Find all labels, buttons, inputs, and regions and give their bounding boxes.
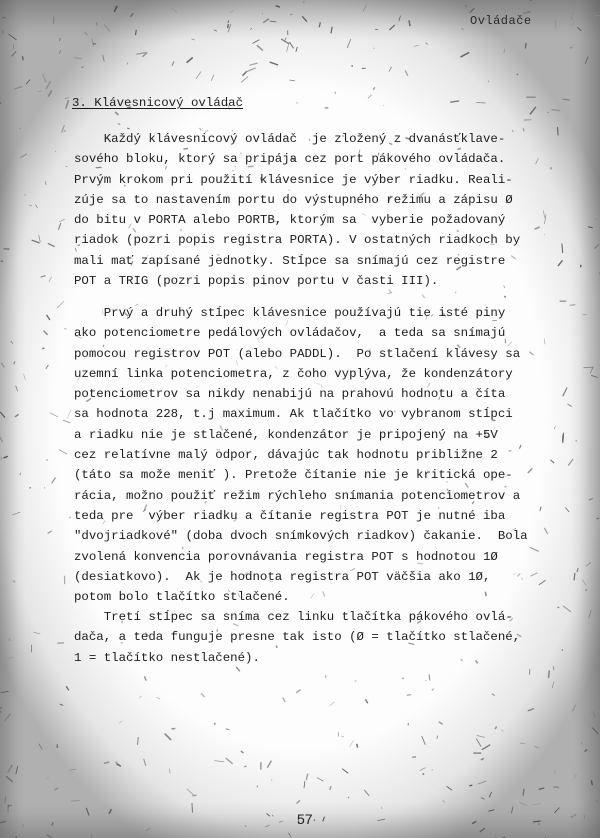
text-line: zúje sa to nastavením portu do výstupnéh…: [74, 190, 544, 210]
text-line: cez relatívne malý odpor, dávajúc tak ho…: [74, 445, 544, 465]
scanned-document-page: Ovládače 3. Klávesnicový ovládač Každý k…: [0, 0, 600, 838]
text-line: sového bloku, ktorý sa pripája cez port …: [74, 149, 544, 169]
text-line: a riadku nie je stlačené, kondenzátor je…: [74, 425, 544, 445]
text-line: "dvojriadkové" (doba dvoch snímkových ri…: [74, 526, 544, 546]
paragraph-2: Prvý a druhý stĺpec klávesnice používajú…: [74, 303, 544, 607]
text-line: Prvý a druhý stĺpec klávesnice používajú…: [74, 303, 544, 323]
text-line: (táto sa može meniť ). Pretože čítanie n…: [74, 465, 544, 485]
running-header: Ovládače: [470, 14, 532, 28]
text-line: POT a TRIG (pozri popis pinov portu v ča…: [74, 271, 544, 291]
scan-shadow-right: [570, 0, 600, 838]
text-line: Prvým krokom pri použití klávesnice je v…: [74, 170, 544, 190]
text-line: (desiatkovo). Ak je hodnota registra POT…: [74, 567, 544, 587]
paragraph-1: Každý klávesnicový ovládač je zložený z …: [74, 129, 544, 291]
text-line: pomocou registrov POT (alebo PADDL). Po …: [74, 344, 544, 364]
page-number: 57: [297, 811, 313, 827]
text-line: zvolená konvencia porovnávania registra …: [74, 547, 544, 567]
text-line: uzemní linka potenciometra, z čoho vyplý…: [74, 364, 544, 384]
text-line: rácia, možno použiť režim rýchleho sníma…: [74, 486, 544, 506]
text-line: do bitu v PORTA alebo PORTB, ktorým sa v…: [74, 210, 544, 230]
text-line: Každý klávesnicový ovládač je zložený z …: [74, 129, 544, 149]
text-line: sa hodnota 228, t.j maximum. Ak tlačítko…: [74, 404, 544, 424]
scan-shadow-left: [0, 0, 26, 838]
text-line: potenciometrov sa nikdy nenabijú na prah…: [74, 384, 544, 404]
section-heading: 3. Klávesnicový ovládač: [72, 96, 243, 110]
text-line: potom bolo tlačítko stlačené.: [74, 587, 544, 607]
text-line: 1 = tlačítko nestlačené).: [74, 648, 544, 668]
text-line: dača, a teda funguje presne tak isto (Ø …: [74, 627, 544, 647]
paragraph-3: Tretí stĺpec sa sníma cez linku tlačítka…: [74, 607, 544, 668]
text-line: teda pre výber riadku a čítanie registra…: [74, 506, 544, 526]
text-line: mali mať zapísané jednotky. Stĺpce sa sn…: [74, 251, 544, 271]
text-line: ako potenciometre pedálových ovládačov, …: [74, 323, 544, 343]
text-line: Tretí stĺpec sa sníma cez linku tlačítka…: [74, 607, 544, 627]
text-line: riadok (pozri popis registra PORTA). V o…: [74, 230, 544, 250]
